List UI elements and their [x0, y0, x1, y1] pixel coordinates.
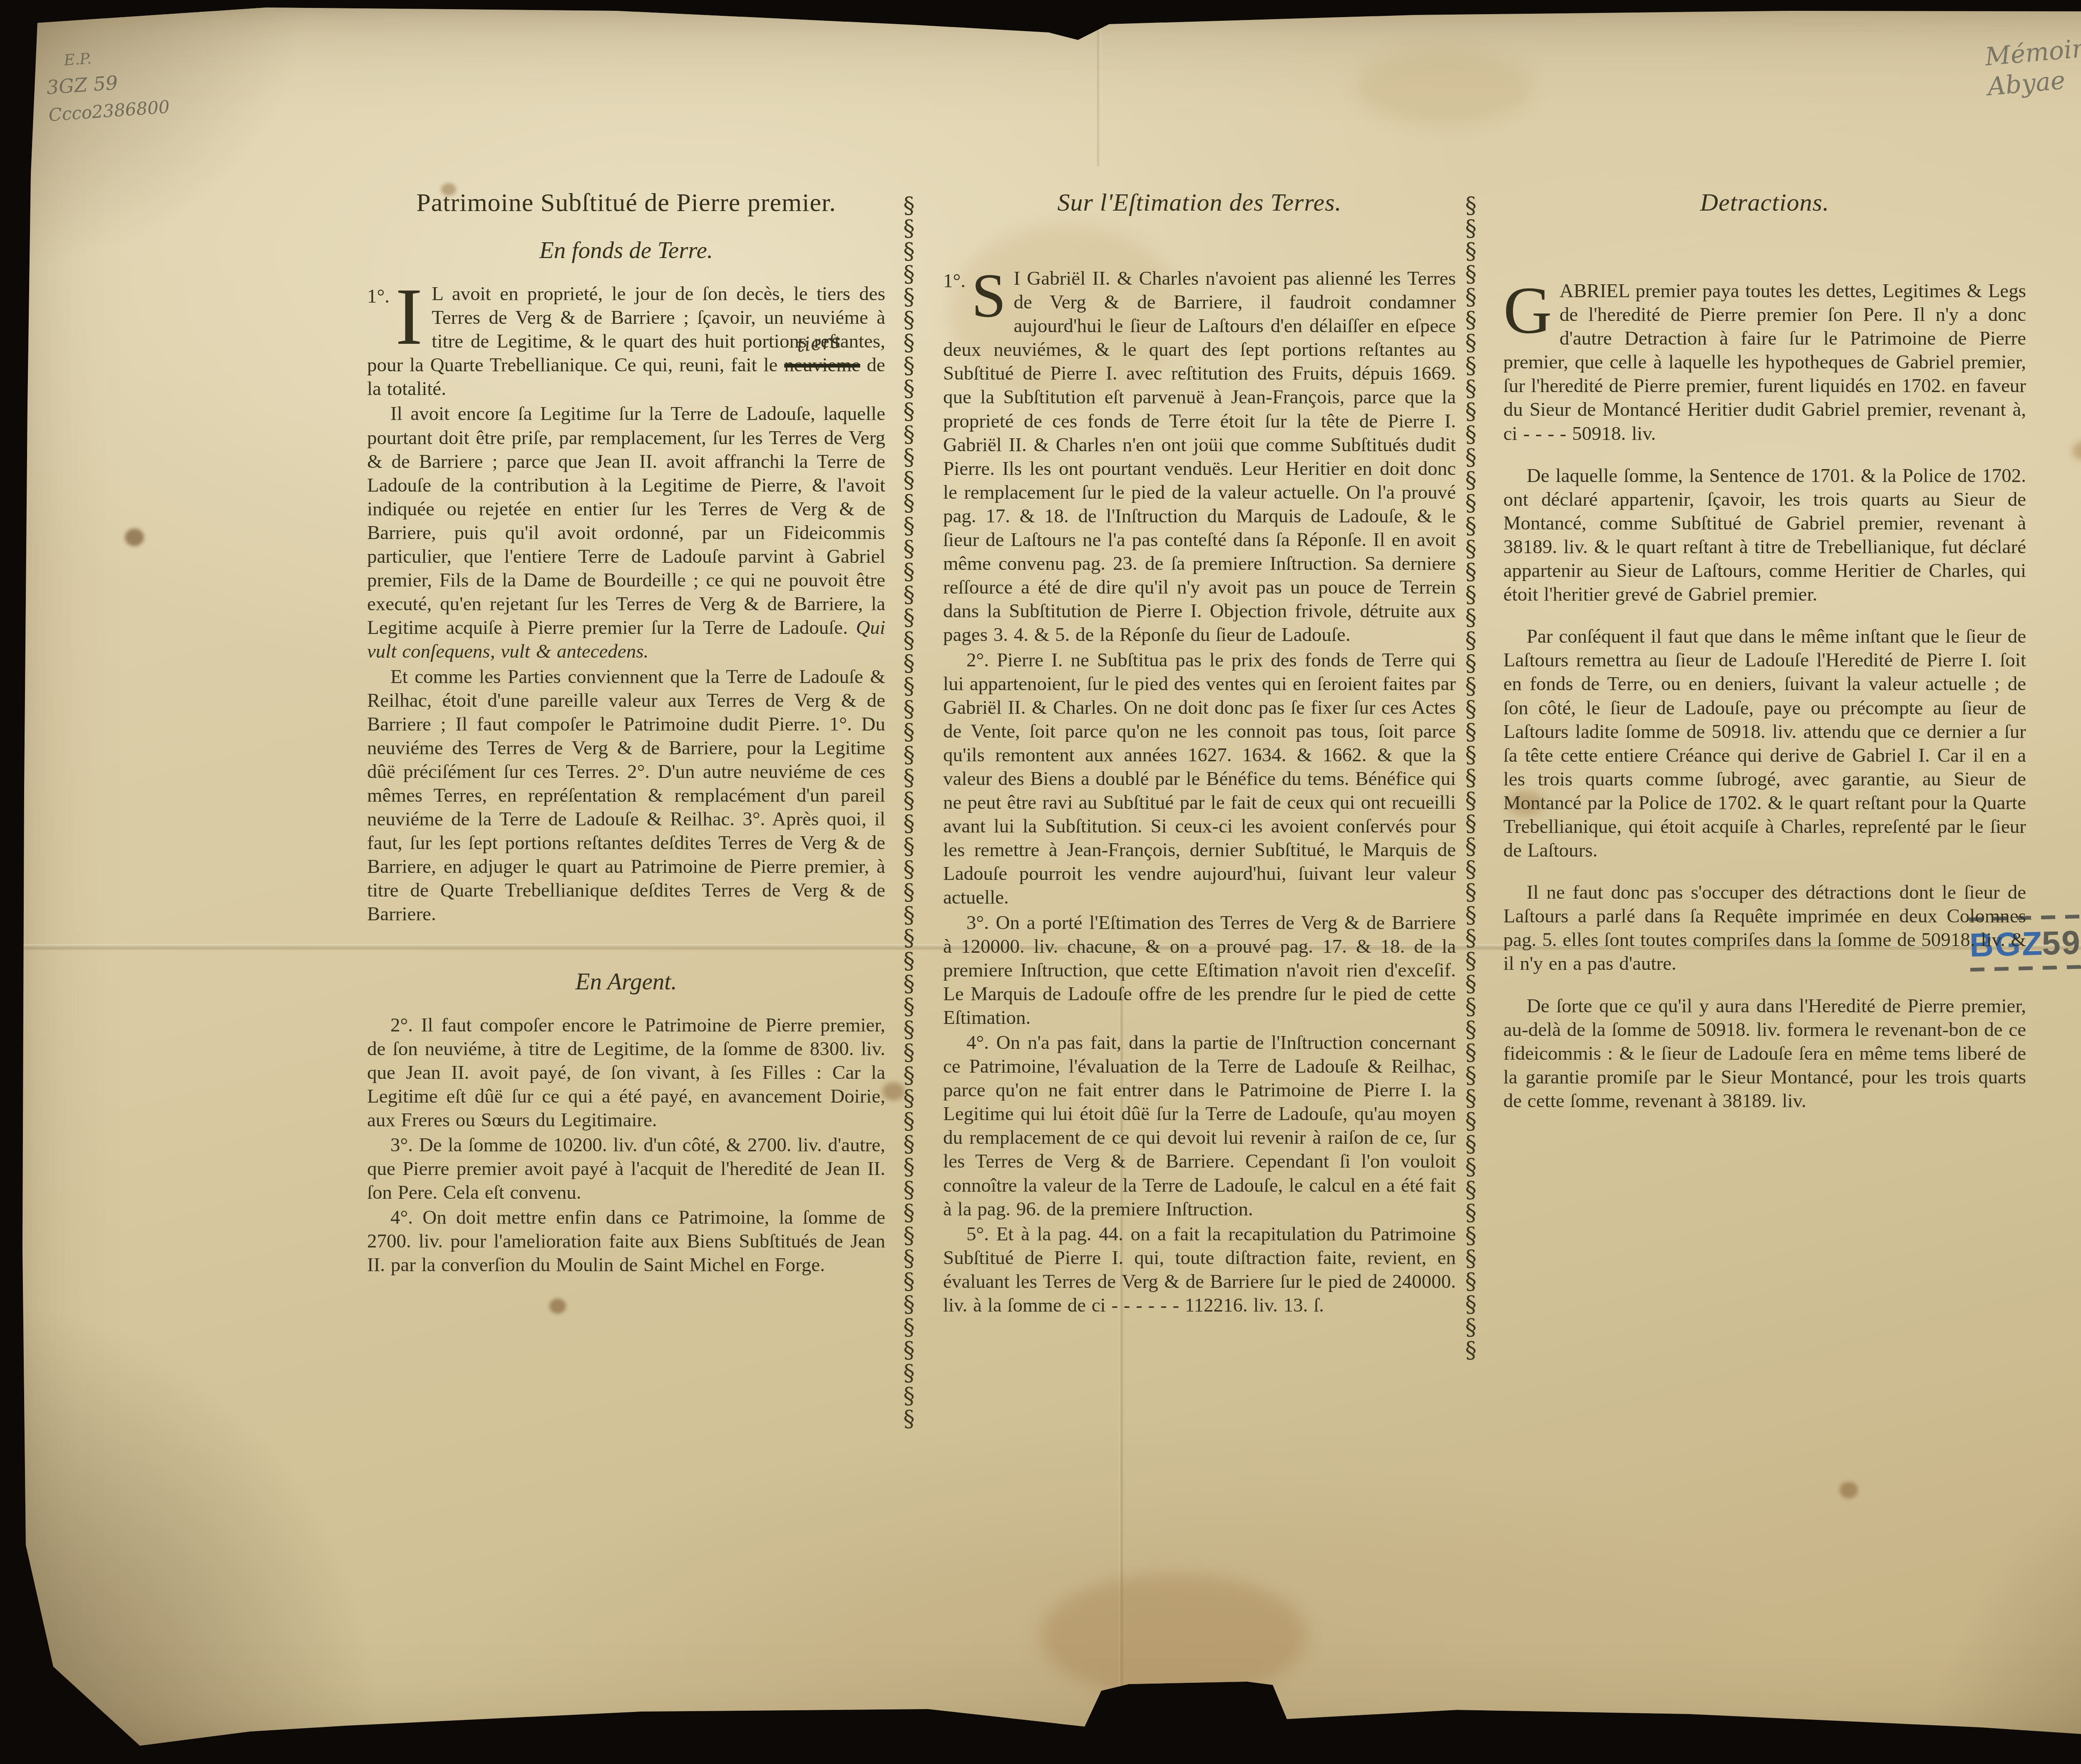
- column-paragraphs: 1°.IL avoit en proprieté, le jour de ſon…: [367, 282, 885, 927]
- section-heading: En fonds de Terre.: [367, 237, 885, 264]
- text-run: De laquelle ſomme, la Sentence de 1701. …: [1503, 465, 2026, 605]
- paragraph: 3°. On a porté l'Eſtimation des Terres d…: [943, 911, 1456, 1030]
- column-title: Detractions.: [1503, 188, 2026, 217]
- column-title: Sur l'Eſtimation des Terres.: [943, 188, 1456, 217]
- section-heading: En Argent.: [367, 968, 885, 995]
- text-run: 4°. On n'a pas fait, dans la partie de l…: [943, 1032, 1456, 1220]
- column-paragraphs: 2°. Il faut compoſer encore le Patrimoin…: [367, 1014, 885, 1277]
- scanned-document-page: E.P. 3GZ 59 Ccco2386800 Mémoires Abyae B…: [0, 0, 2081, 1764]
- text-run: 4°. On doit mettre enfin dans ce Patrimo…: [367, 1207, 885, 1276]
- printer-ornament-strip: § § § § § § § § § § § § § § § § § § § § …: [886, 194, 932, 1430]
- paper-shading: [1898, 1389, 2081, 1764]
- paragraph: 4°. On doit mettre enfin dans ce Patrimo…: [367, 1206, 885, 1277]
- text-run: 2°. Il faut compoſer encore le Patrimoin…: [367, 1014, 885, 1131]
- handwritten-shelfmark: E.P. 3GZ 59 Ccco2386800: [44, 42, 171, 128]
- paragraph: 1°.SI Gabriël II. & Charles n'avoient pa…: [943, 267, 1456, 647]
- drop-cap: G: [1503, 279, 1560, 339]
- corrected-word: neuviemetiers: [784, 354, 860, 376]
- paper-stain: [1040, 1573, 1307, 1698]
- paragraph: Il ne faut donc pas s'occuper des détrac…: [1503, 881, 2026, 976]
- paragraph: 2°. Pierre I. ne Subſtitua pas le prix d…: [943, 648, 1456, 910]
- handwritten-correction: tiers: [796, 330, 842, 358]
- text-run: I Gabriël II. & Charles n'avoient pas al…: [943, 268, 1456, 646]
- paper-stain: [2073, 441, 2081, 460]
- column-title: Patrimoine Subſtitué de Pierre premier.: [367, 188, 885, 218]
- paragraph: Par conſéquent il faut que dans le même …: [1503, 625, 2026, 862]
- column-patrimoine: Patrimoine Subſtitué de Pierre premier. …: [367, 188, 885, 1279]
- text-run: 3°. On a porté l'Eſtimation des Terres d…: [943, 912, 1456, 1029]
- handwritten-memo: Mémoires Abyae: [1984, 31, 2081, 102]
- paper-stain: [1840, 1482, 1858, 1498]
- column-paragraphs: GABRIEL premier paya toutes les dettes, …: [1503, 279, 2026, 1113]
- paragraph: 2°. Il faut compoſer encore le Patrimoin…: [367, 1014, 885, 1132]
- paper-shading: [0, 0, 333, 291]
- text-run: Il avoit encore ſa Legitime ſur la Terre…: [367, 403, 885, 639]
- stamp-text-black: 59: [2041, 923, 2081, 962]
- paper-stain: [549, 1299, 566, 1314]
- paragraph: Il avoit encore ſa Legitime ſur la Terre…: [367, 402, 885, 663]
- text-run: 3°. De la ſomme de 10200. liv. d'un côté…: [367, 1134, 885, 1203]
- text-run: Et comme les Parties conviennent que la …: [367, 666, 885, 925]
- item-number: 1°.: [367, 285, 390, 308]
- drop-cap: I: [395, 282, 432, 348]
- text-run: ABRIEL premier paya toutes les dettes, L…: [1503, 280, 2026, 445]
- paragraph: 3°. De la ſomme de 10200. liv. d'un côté…: [367, 1133, 885, 1205]
- column-estimation: Sur l'Eſtimation des Terres. 1°.SI Gabri…: [943, 188, 1456, 1319]
- text-run: De ſorte que ce qu'il y aura dans l'Here…: [1503, 995, 2026, 1112]
- paragraph: 4°. On n'a pas fait, dans la partie de l…: [943, 1031, 1456, 1221]
- struck-word: neuvieme: [784, 354, 860, 376]
- text-run: Par conſéquent il faut que dans le même …: [1503, 626, 2026, 861]
- paragraph: 1°.IL avoit en proprieté, le jour de ſon…: [367, 282, 885, 401]
- text-run: 5°. Et à la pag. 44. on a fait la recapi…: [943, 1223, 1456, 1316]
- column-detractions: Detractions. GABRIEL premier paya toutes…: [1503, 188, 2026, 1131]
- drop-cap: S: [971, 267, 1013, 323]
- paper-stain: [125, 529, 144, 546]
- paper-stain: [1357, 50, 1532, 125]
- paragraph: 5°. Et à la pag. 44. on a fait la recapi…: [943, 1222, 1456, 1317]
- paragraph: Et comme les Parties conviennent que la …: [367, 665, 885, 927]
- item-number: 1°.: [943, 269, 966, 293]
- text-run: Il ne faut donc pas s'occuper des détrac…: [1503, 882, 2026, 974]
- paper-shading: [0, 1265, 416, 1764]
- text-run: 2°. Pierre I. ne Subſtitua pas le prix d…: [943, 649, 1456, 909]
- paragraph: De ſorte que ce qu'il y aura dans l'Here…: [1503, 994, 2026, 1113]
- paragraph: GABRIEL premier paya toutes les dettes, …: [1503, 279, 2026, 446]
- fold-crease: [1097, 25, 1101, 166]
- paragraph: De laquelle ſomme, la Sentence de 1701. …: [1503, 464, 2026, 607]
- column-paragraphs: 1°.SI Gabriël II. & Charles n'avoient pa…: [943, 267, 1456, 1317]
